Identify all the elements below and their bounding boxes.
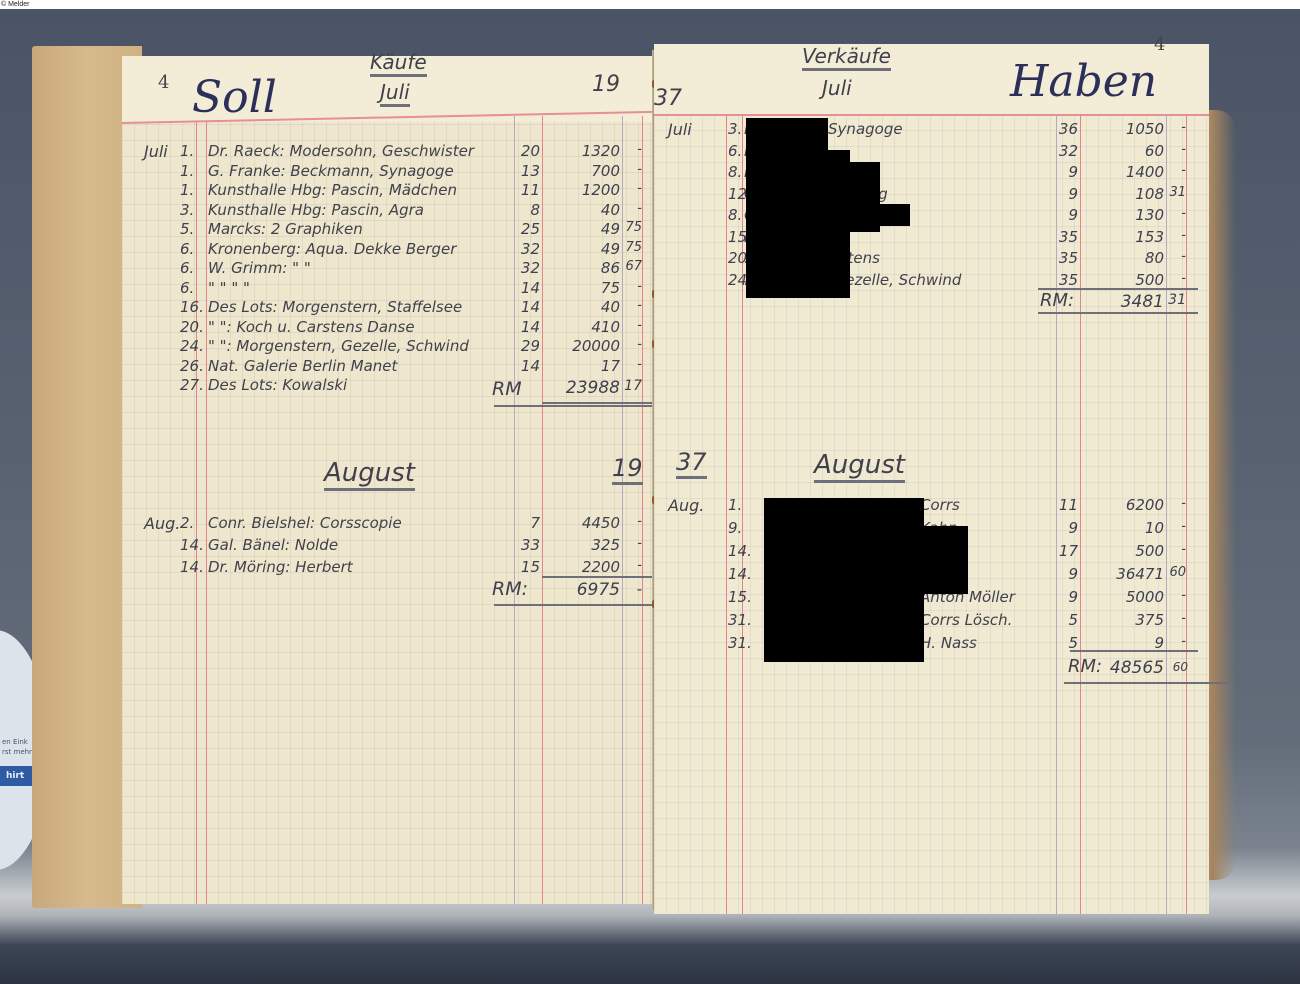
august-year: 19 — [612, 454, 643, 485]
entry-day: 27. — [180, 376, 204, 394]
entry-day: 6. — [180, 240, 194, 258]
redaction-block — [764, 498, 924, 662]
entry-cents: 67 — [622, 259, 642, 274]
entry-folio: 9 — [1052, 519, 1078, 537]
entry-day: 6. — [180, 279, 194, 297]
august-title: August — [324, 458, 415, 491]
entry-day: 6. — [180, 259, 194, 277]
entry-amount: 4450 — [542, 514, 620, 532]
entry-day: 3. — [180, 201, 194, 219]
entry-amount: 2200 — [542, 558, 620, 576]
entry-folio: 11 — [1052, 496, 1078, 514]
aug-total-cents: 60 — [1166, 660, 1188, 674]
entry-description: Nat. Galerie Berlin Manet — [208, 357, 397, 375]
aug-total-cents: - — [622, 580, 642, 598]
entry-description: G. Franke: Beckmann, Synagoge — [208, 162, 454, 180]
aug-sum-rule — [1070, 650, 1198, 652]
entry-day: 5. — [180, 220, 194, 238]
entry-day: 26. — [180, 357, 204, 375]
entry-day: 14. — [728, 565, 752, 583]
entry-month: Aug. — [144, 514, 180, 533]
entry-cents: - — [1166, 249, 1186, 264]
entry-cents: - — [1166, 611, 1186, 626]
entry-amount: 10 — [1080, 519, 1164, 537]
entry-amount: 1320 — [542, 142, 620, 160]
entry-folio: 8 — [514, 201, 540, 219]
aug-sum-rule — [542, 576, 652, 578]
entry-description: Marcks: 2 Graphiken — [208, 220, 363, 238]
entry-folio: 14 — [514, 279, 540, 297]
entry-folio: 36 — [1052, 120, 1078, 138]
entry-cents: - — [1166, 271, 1186, 286]
entry-day: 20. — [180, 318, 204, 336]
july-total-cents: 31 — [1166, 292, 1186, 308]
entry-description: Kronenberg: Aqua. Dekke Berger — [208, 240, 456, 258]
aug-double-rule — [1064, 682, 1228, 684]
entry-description: Conr. Bielshel: Corsscopie — [208, 514, 402, 532]
entry-cents: - — [622, 536, 642, 551]
right-margin-line — [642, 116, 643, 904]
entry-folio: 33 — [514, 536, 540, 554]
august-title: August — [814, 450, 905, 483]
entry-folio: 9 — [1052, 206, 1078, 224]
entry-description: Dr. Möring: Herbert — [208, 558, 353, 576]
entry-amount: 49 — [542, 220, 620, 238]
entry-cents: - — [1166, 120, 1186, 135]
entry-cents: - — [1166, 496, 1186, 511]
entry-day: 9. — [728, 519, 742, 537]
entry-description: Gal. Bänel: Nolde — [208, 536, 338, 554]
entry-day: 14. — [180, 536, 204, 554]
entry-folio: 13 — [514, 162, 540, 180]
entry-folio: 7 — [514, 514, 540, 532]
entry-cents: - — [622, 318, 642, 333]
july-total-amount: 3481 — [1080, 292, 1164, 312]
entry-folio: 9 — [1052, 163, 1078, 181]
entry-cents: - — [622, 142, 642, 157]
entry-description: Corrs Lösch. — [920, 611, 1012, 629]
year-part: 37 — [654, 86, 682, 111]
entry-day: 14. — [180, 558, 204, 576]
entry-description: Kunsthalle Hbg: Pascin, Mädchen — [208, 181, 457, 199]
double-rule — [494, 405, 654, 407]
entry-cents: - — [622, 514, 642, 529]
entry-amount: 86 — [542, 259, 620, 277]
entry-folio: 11 — [514, 181, 540, 199]
entry-amount: 325 — [542, 536, 620, 554]
entry-folio: 14 — [514, 357, 540, 375]
entry-day: 15. — [728, 588, 752, 606]
left-page: 4 Soll Käufe Juli 19 Juli1.Dr. Raeck: Mo… — [122, 56, 654, 904]
total-label: RM: — [1040, 290, 1074, 311]
entry-cents: - — [622, 279, 642, 294]
entry-amount: 20000 — [542, 337, 620, 355]
entry-day: 1. — [728, 496, 742, 514]
entry-day: 3. — [728, 120, 742, 138]
entry-cents: 60 — [1166, 565, 1186, 580]
entry-description: Corrs — [920, 496, 960, 514]
entry-description: Dr. Raeck: Modersohn, Geschwister — [208, 142, 474, 160]
entry-folio: 35 — [1052, 228, 1078, 246]
entry-cents: - — [622, 337, 642, 352]
entry-folio: 35 — [1052, 249, 1078, 267]
entry-day: 2. — [180, 514, 194, 532]
entry-cents: - — [622, 357, 642, 372]
entry-amount: 75 — [542, 279, 620, 297]
kaeufe-title: Käufe — [370, 50, 427, 77]
date-column-line — [726, 114, 727, 914]
entry-description: W. Grimm: " " — [208, 259, 311, 277]
entry-description: H. Nass — [920, 634, 977, 652]
entry-amount: 1400 — [1080, 163, 1164, 181]
entry-amount: 1200 — [542, 181, 620, 199]
july-total-amount: 23988 — [542, 378, 620, 398]
entry-cents: 31 — [1166, 185, 1186, 200]
sticker-text-2: rst mehr — [2, 748, 32, 756]
july-total-cents: 17 — [622, 378, 642, 394]
entry-cents: - — [622, 181, 642, 196]
sum-rule — [542, 402, 652, 404]
month-title: Juli — [380, 80, 410, 107]
entry-description: " ": Morgenstern, Gezelle, Schwind — [208, 337, 469, 355]
page-number: 4 — [1154, 34, 1165, 55]
entry-cents: - — [1166, 163, 1186, 178]
entry-folio: 9 — [1052, 185, 1078, 203]
aug-total-label: RM: — [492, 578, 528, 600]
entry-folio: 17 — [1052, 542, 1078, 560]
year-part: 19 — [592, 72, 620, 97]
entry-month: Juli — [144, 142, 168, 161]
redaction-block — [850, 162, 880, 232]
double-rule — [1038, 312, 1198, 314]
entry-day: 16. — [180, 298, 204, 316]
entry-cents: - — [1166, 542, 1186, 557]
entry-folio: 32 — [514, 259, 540, 277]
entry-cents: - — [622, 558, 642, 573]
entry-folio: 9 — [1052, 565, 1078, 583]
entry-amount: 108 — [1080, 185, 1164, 203]
entry-day: 8. — [728, 206, 742, 224]
entry-cents: - — [622, 201, 642, 216]
entry-amount: 36471 — [1080, 565, 1164, 583]
redaction-block — [828, 150, 850, 298]
entry-folio: 9 — [1052, 588, 1078, 606]
entry-amount: 500 — [1080, 542, 1164, 560]
entry-day: 6. — [728, 142, 742, 160]
entry-description: Kunsthalle Hbg: Pascin, Agra — [208, 201, 424, 219]
caption-bar: © Melder — [0, 0, 1300, 9]
aug-double-rule — [494, 604, 654, 606]
entry-day: 1. — [180, 162, 194, 180]
redaction-block — [746, 118, 828, 298]
month-title: Juli — [822, 76, 852, 100]
entry-amount: 60 — [1080, 142, 1164, 160]
haben-heading: Haben — [1010, 56, 1157, 107]
entry-amount: 40 — [542, 298, 620, 316]
page-number: 4 — [158, 72, 169, 93]
entry-amount: 40 — [542, 201, 620, 219]
sticker-text-1: en Eink — [2, 738, 28, 746]
entry-folio: 32 — [1052, 142, 1078, 160]
entry-folio: 29 — [514, 337, 540, 355]
total-label: RM — [492, 378, 522, 400]
entry-amount: 500 — [1080, 271, 1164, 289]
redaction-block — [880, 204, 910, 226]
aug-total-amount: 6975 — [542, 580, 620, 600]
entry-amount: 5000 — [1080, 588, 1164, 606]
entry-cents: - — [622, 162, 642, 177]
entry-month: Juli — [668, 120, 692, 139]
header-rule — [654, 114, 1209, 116]
entry-folio: 20 — [514, 142, 540, 160]
entry-cents: - — [1166, 206, 1186, 221]
entry-amount: 375 — [1080, 611, 1164, 629]
entry-cents: 75 — [622, 240, 642, 255]
photo-credit: © Melder — [1, 0, 30, 9]
entry-day: 8. — [728, 163, 742, 181]
entry-day: 1. — [180, 181, 194, 199]
right-margin-line — [1186, 114, 1187, 914]
entry-description: Des Lots: Morgenstern, Staffelsee — [208, 298, 462, 316]
entry-folio: 32 — [514, 240, 540, 258]
entry-cents: - — [1166, 519, 1186, 534]
date-column-line — [196, 122, 197, 904]
text-column-line — [206, 122, 207, 904]
entry-amount: 49 — [542, 240, 620, 258]
entry-day: 31. — [728, 634, 752, 652]
entry-description: " ": Koch u. Carstens Danse — [208, 318, 415, 336]
august-year: 37 — [676, 448, 707, 479]
entry-amount: 17 — [542, 357, 620, 375]
entry-month: Aug. — [668, 496, 704, 515]
entry-amount: 700 — [542, 162, 620, 180]
entry-cents: - — [1166, 588, 1186, 603]
right-page: 37 Verkäufe Juli Haben 4 Juli3.Beckmann … — [654, 44, 1209, 914]
entry-folio: 14 — [514, 318, 540, 336]
entry-folio: 35 — [1052, 271, 1078, 289]
entry-cents: - — [1166, 228, 1186, 243]
entry-amount: 1050 — [1080, 120, 1164, 138]
entry-amount: 6200 — [1080, 496, 1164, 514]
entry-folio: 25 — [514, 220, 540, 238]
entry-day: 14. — [728, 542, 752, 560]
entry-day: 24. — [180, 337, 204, 355]
entry-folio: 14 — [514, 298, 540, 316]
entry-cents: - — [1166, 634, 1186, 649]
entry-day: 31. — [728, 611, 752, 629]
entry-cents: - — [622, 298, 642, 313]
entry-description: " " " " — [208, 279, 250, 297]
verkaeufe-title: Verkäufe — [802, 44, 891, 71]
aug-total-amount: 48565 — [1080, 658, 1164, 678]
entry-amount: 130 — [1080, 206, 1164, 224]
entry-amount: 153 — [1080, 228, 1164, 246]
redaction-block — [924, 526, 968, 594]
entry-cents: 75 — [622, 220, 642, 235]
entry-cents: - — [1166, 142, 1186, 157]
entry-folio: 5 — [1052, 611, 1078, 629]
entry-amount: 410 — [542, 318, 620, 336]
entry-description: Des Lots: Kowalski — [208, 376, 347, 394]
entry-day: 1. — [180, 142, 194, 160]
soll-heading: Soll — [192, 72, 277, 123]
entry-folio: 15 — [514, 558, 540, 576]
entry-amount: 80 — [1080, 249, 1164, 267]
